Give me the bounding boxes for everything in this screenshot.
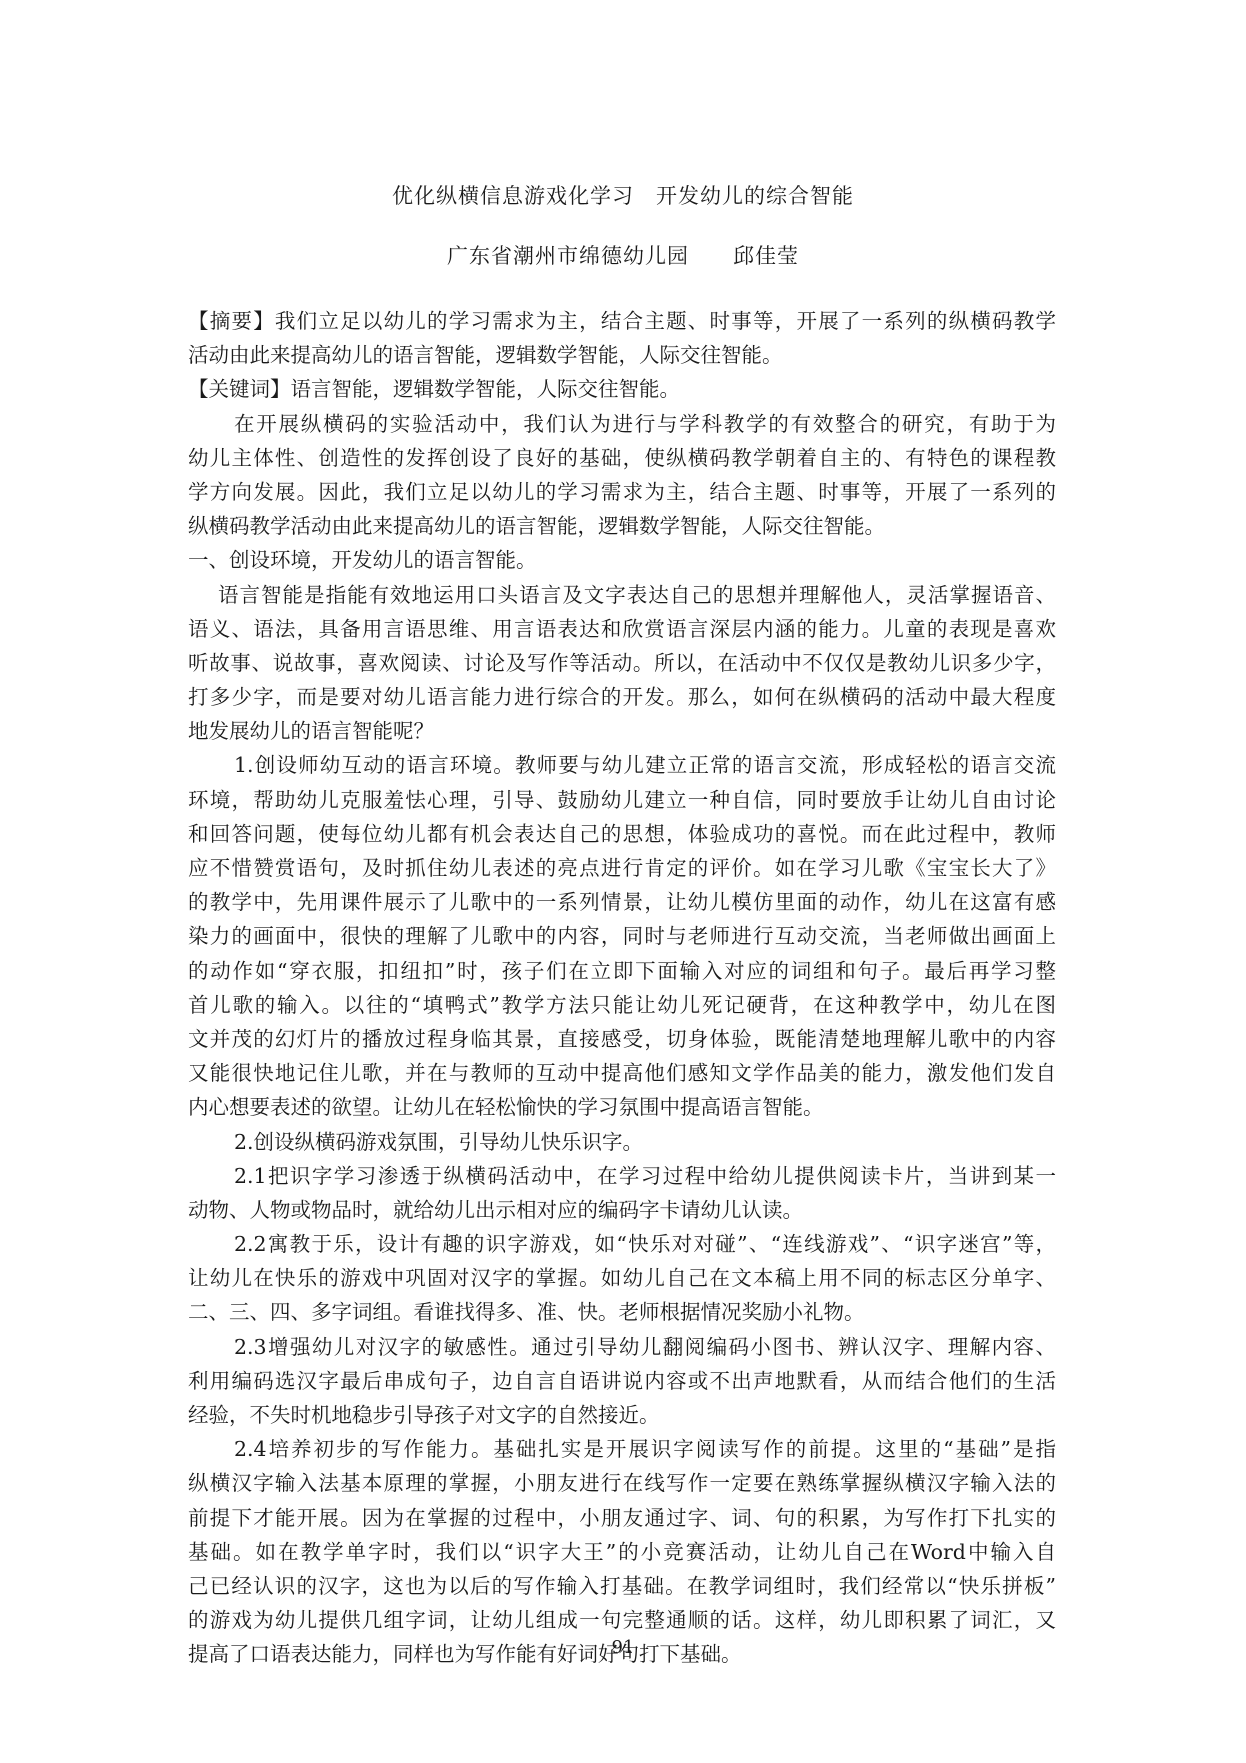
text-line: 己已经认识的汉字，这也为以后的写作输入打基础。在教学词组时，我们经常以“快乐拼板… [188,1569,1056,1603]
text-line: 纵横码教学活动由此来提高幼儿的语言智能，逻辑数学智能，人际交往智能。 [188,509,1056,543]
text-line: 内心想要表述的欲望。让幼儿在轻松愉快的学习氛围中提高语言智能。 [188,1090,1056,1124]
text-line: 基础。如在教学单字时，我们以“识字大王”的小竞赛活动，让幼儿自己在Word中输入… [188,1535,1056,1569]
text-line: 首儿歌的输入。以往的“填鸭式”教学方法只能让幼儿死记硬背，在这种教学中，幼儿在图 [188,988,1056,1022]
text-line: 2.创设纵横码游戏氛围，引导幼儿快乐识字。 [188,1125,1056,1159]
text-line: 语言智能是指能有效地运用口头语言及文字表达自己的思想并理解他人，灵活掌握语音、 [188,578,1056,612]
text-line: 【摘要】我们立足以幼儿的学习需求为主，结合主题、时事等，开展了一系列的纵横码教学 [188,304,1056,338]
text-line: 2.1把识字学习渗透于纵横码活动中，在学习过程中给幼儿提供阅读卡片，当讲到某一 [188,1159,1056,1193]
text-line: 经验，不失时机地稳步引导孩子对文字的自然接近。 [188,1398,1056,1432]
paper-title: 优化纵横信息游戏化学习 开发幼儿的综合智能 [0,180,1246,210]
text-line: 和回答问题，使每位幼儿都有机会表达自己的思想，体验成功的喜悦。而在此过程中，教师 [188,817,1056,851]
text-line: 学方向发展。因此，我们立足以幼儿的学习需求为主，结合主题、时事等，开展了一系列的 [188,475,1056,509]
text-line: 语义、语法，具备用言语思维、用言语表达和欣赏语言深层内涵的能力。儿童的表现是喜欢 [188,612,1056,646]
text-line: 2.3增强幼儿对汉字的敏感性。通过引导幼儿翻阅编码小图书、辨认汉字、理解内容、 [188,1330,1056,1364]
text-line: 一、创设环境，开发幼儿的语言智能。 [188,543,1056,577]
text-line: 的动作如“穿衣服，扣纽扣”时，孩子们在立即下面输入对应的词组和句子。最后再学习整 [188,954,1056,988]
text-line: 文并茂的幻灯片的播放过程身临其景，直接感受，切身体验，既能清楚地理解儿歌中的内容 [188,1022,1056,1056]
author-line: 广东省潮州市绵德幼儿园 邱佳莹 [0,240,1246,270]
text-line: 前提下才能开展。因为在掌握的过程中，小朋友通过字、词、句的积累，为写作打下扎实的 [188,1501,1056,1535]
page-number: 91 [0,1637,1246,1658]
text-line: 地发展幼儿的语言智能呢？ [188,714,1056,748]
text-line: 的游戏为幼儿提供几组字词，让幼儿组成一句完整通顺的话。这样，幼儿即积累了词汇，又 [188,1603,1056,1637]
text-line: 1.创设师幼互动的语言环境。教师要与幼儿建立正常的语言交流，形成轻松的语言交流 [188,748,1056,782]
text-line: 染力的画面中，很快的理解了儿歌中的内容，同时与老师进行互动交流，当老师做出画面上 [188,919,1056,953]
text-line: 活动由此来提高幼儿的语言智能，逻辑数学智能，人际交往智能。 [188,338,1056,372]
text-line: 利用编码选汉字最后串成句子，边自言自语讲说内容或不出声地默看，从而结合他们的生活 [188,1364,1056,1398]
text-line: 环境，帮助幼儿克服羞怯心理，引导、鼓励幼儿建立一种自信，同时要放手让幼儿自由讨论 [188,783,1056,817]
text-line: 【关键词】语言智能，逻辑数学智能，人际交往智能。 [188,372,1056,406]
paper-body: 【摘要】我们立足以幼儿的学习需求为主，结合主题、时事等，开展了一系列的纵横码教学… [188,304,1056,1672]
text-line: 二、三、四、多字词组。看谁找得多、准、快。老师根据情况奖励小礼物。 [188,1295,1056,1329]
text-line: 让幼儿在快乐的游戏中巩固对汉字的掌握。如幼儿自己在文本稿上用不同的标志区分单字、 [188,1261,1056,1295]
text-line: 又能很快地记住儿歌，并在与教师的互动中提高他们感知文学作品美的能力，激发他们发自 [188,1056,1056,1090]
text-line: 打多少字，而是要对幼儿语言能力进行综合的开发。那么，如何在纵横码的活动中最大程度 [188,680,1056,714]
text-line: 2.2寓教于乐，设计有趣的识字游戏，如“快乐对对碰”、“连线游戏”、“识字迷宫”… [188,1227,1056,1261]
text-line: 幼儿主体性、创造性的发挥创设了良好的基础，使纵横码教学朝着自主的、有特色的课程教 [188,441,1056,475]
document-page: 优化纵横信息游戏化学习 开发幼儿的综合智能 广东省潮州市绵德幼儿园 邱佳莹 【摘… [0,0,1246,1763]
text-line: 纵横汉字输入法基本原理的掌握，小朋友进行在线写作一定要在熟练掌握纵横汉字输入法的 [188,1466,1056,1500]
text-line: 的教学中，先用课件展示了儿歌中的一系列情景，让幼儿模仿里面的动作，幼儿在这富有感 [188,885,1056,919]
text-line: 在开展纵横码的实验活动中，我们认为进行与学科教学的有效整合的研究，有助于为 [188,407,1056,441]
text-line: 动物、人物或物品时，就给幼儿出示相对应的编码字卡请幼儿认读。 [188,1193,1056,1227]
text-line: 听故事、说故事，喜欢阅读、讨论及写作等活动。所以，在活动中不仅仅是教幼儿识多少字… [188,646,1056,680]
text-line: 应不惜赞赏语句，及时抓住幼儿表述的亮点进行肯定的评价。如在学习儿歌《宝宝长大了》 [188,851,1056,885]
text-line: 2.4培养初步的写作能力。基础扎实是开展识字阅读写作的前提。这里的“基础”是指 [188,1432,1056,1466]
